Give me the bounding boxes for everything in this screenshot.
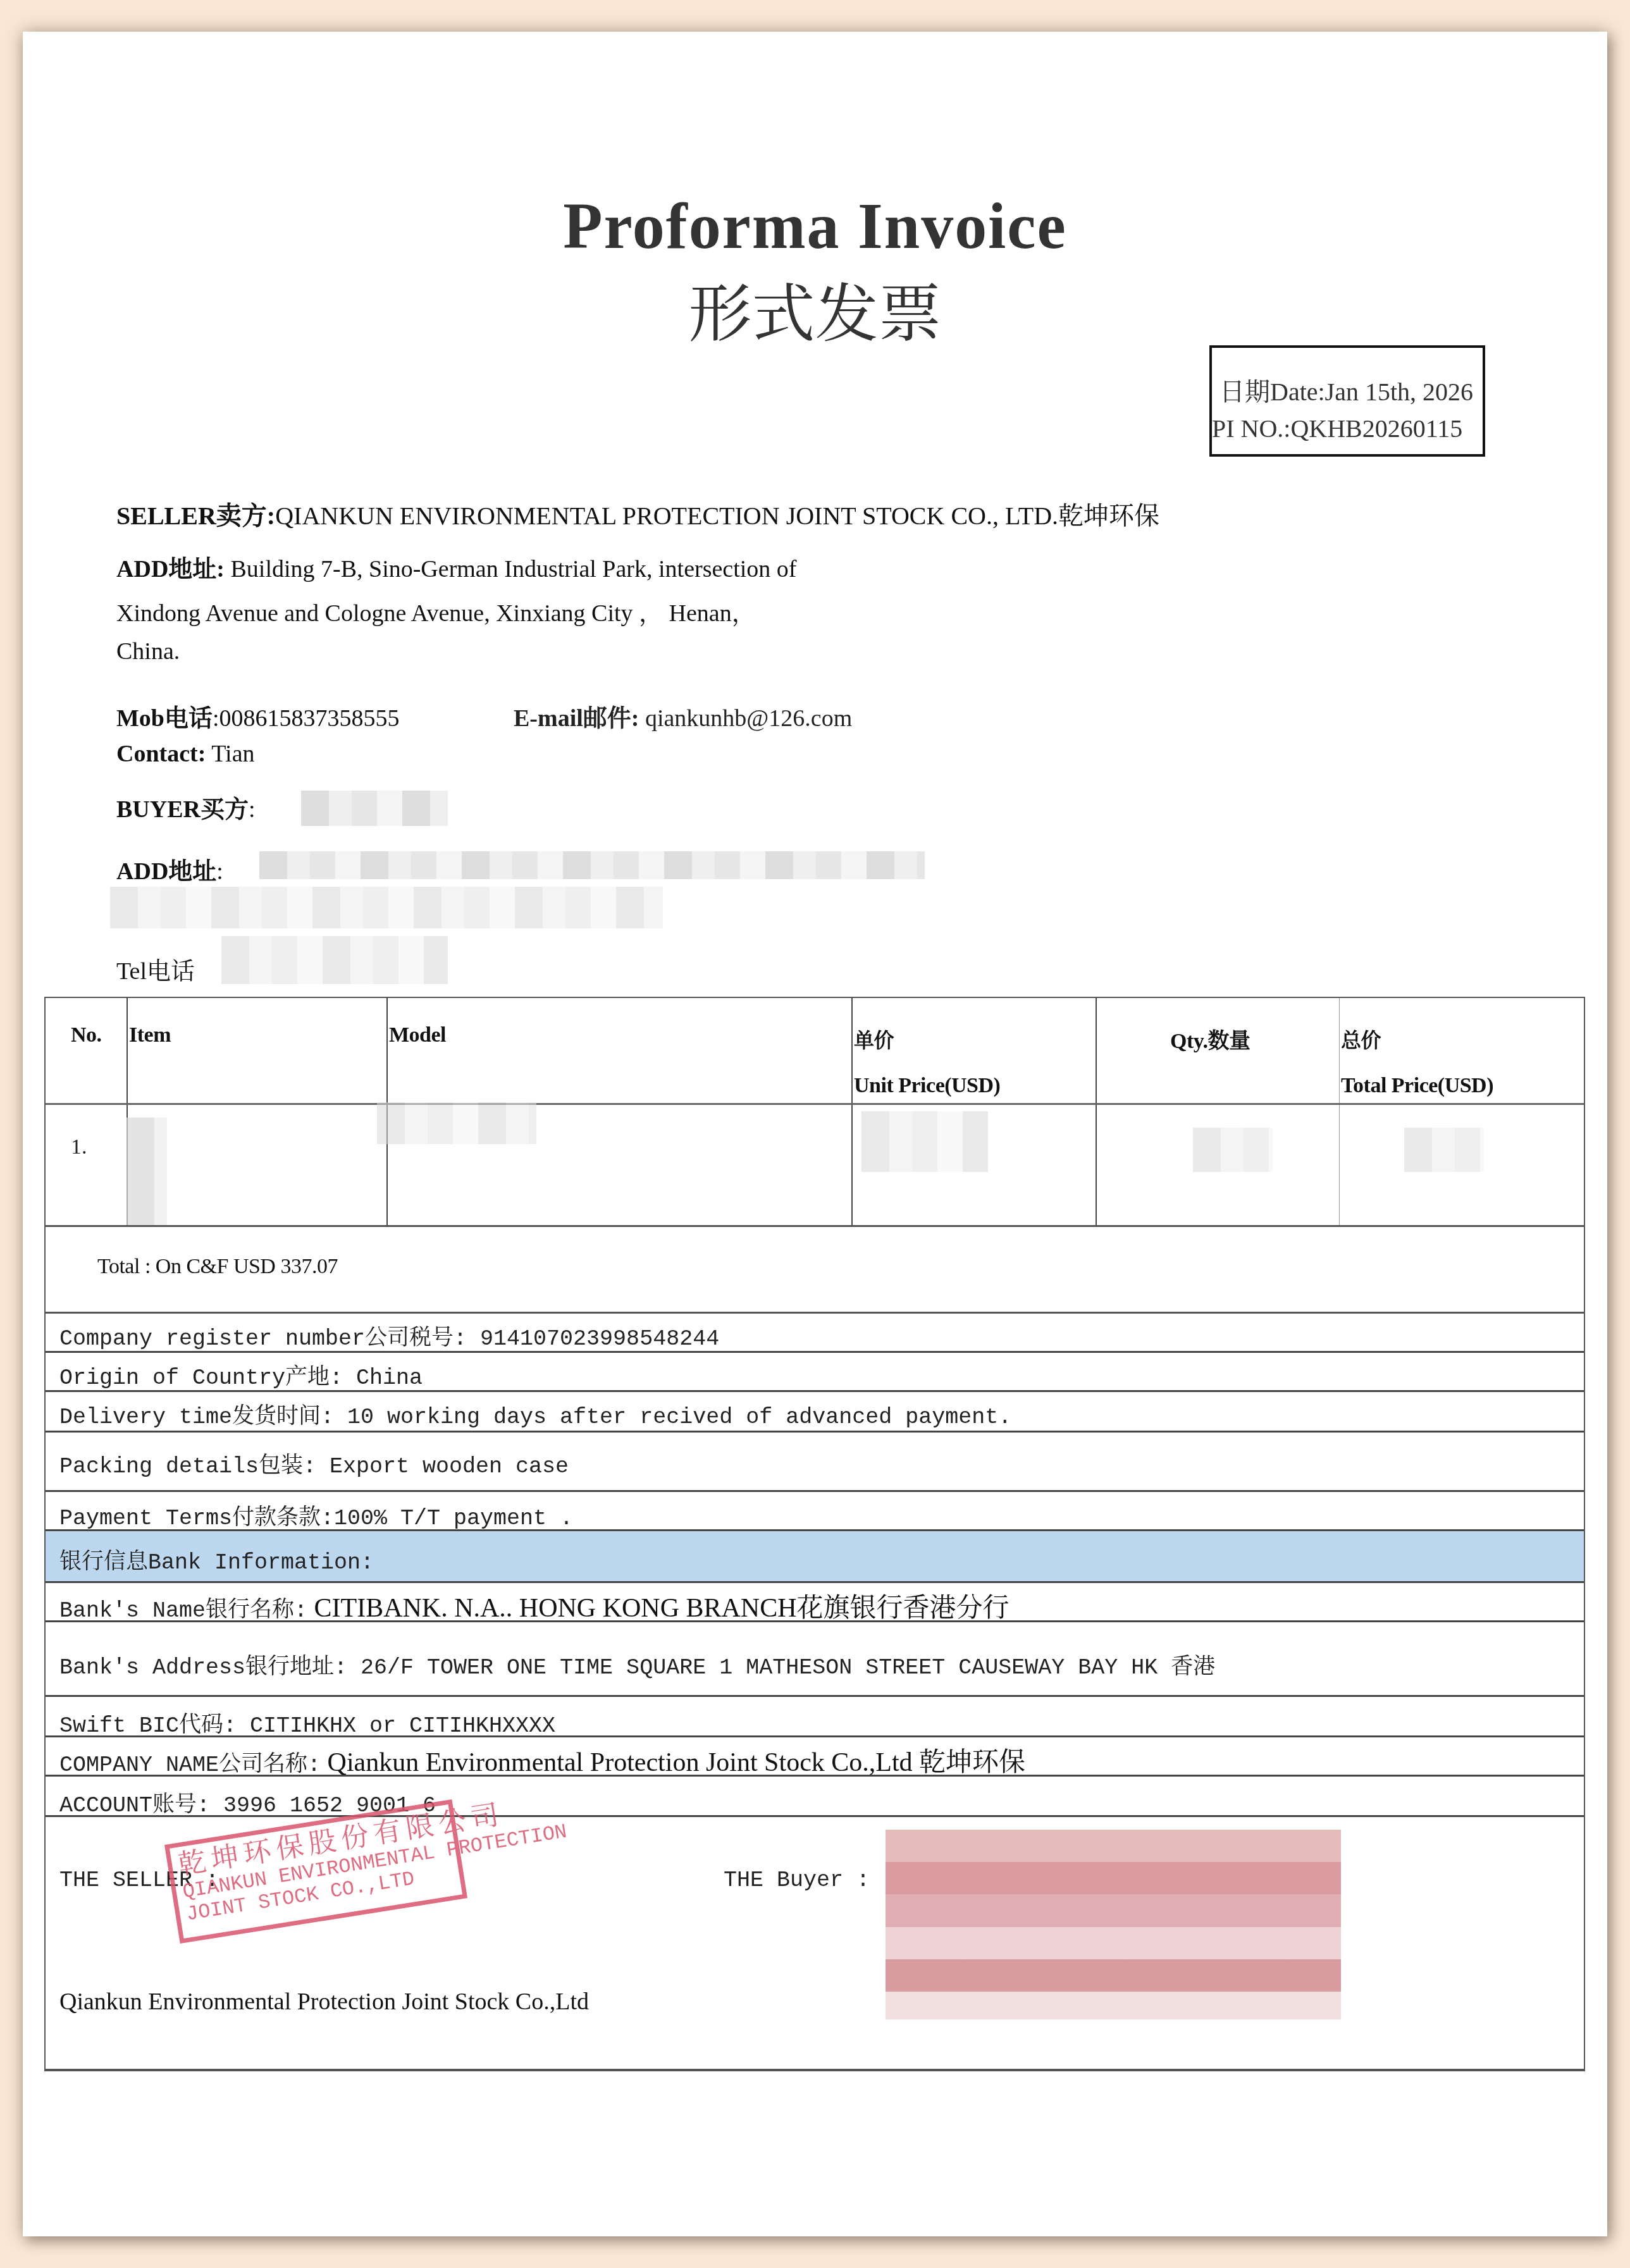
company-name-row: COMPANY NAME公司名称: Qiankun Environmental … (46, 1737, 1584, 1777)
seller-address-line1: ADD地址: Building 7-B, Sino-German Industr… (116, 549, 796, 584)
company-name-value: Qiankun Environmental Protection Joint S… (321, 1748, 1025, 1777)
seller-line: SELLER卖方:QIANKUN ENVIRONMENTAL PROTECTIO… (116, 496, 1159, 532)
buyer-colon: : (249, 796, 256, 823)
buyer-label: BUYER买方 (116, 796, 249, 823)
seller-email: E-mail邮件: qiankunhb@126.com (514, 698, 852, 733)
bank-address: Bank's Address银行地址: 26/F TOWER ONE TIME … (59, 1649, 1215, 1680)
terms-packing-row: Packing details包装: Export wooden case (46, 1433, 1584, 1492)
seller-address-label: ADD地址: (116, 556, 225, 582)
buyer-tel-line: Tel电话 (116, 951, 195, 986)
row-no: 1. (71, 1135, 87, 1159)
total-price-redacted (1404, 1128, 1484, 1172)
payment-terms: Payment Terms付款条款:100% T/T payment . (59, 1500, 573, 1531)
buyer-seal-redacted-bottom (886, 1992, 1341, 2019)
contact-label: Contact: (116, 741, 206, 767)
terms-register-row: Company register number公司税号: 91410702399… (46, 1314, 1584, 1353)
header-item: Item (129, 1023, 171, 1047)
swift-code: Swift BIC代码: CITIHKHX or CITIHKHXXXX (59, 1707, 555, 1739)
title-english: Proforma Invoice (39, 188, 1591, 264)
seller-address-line2: Xindong Avenue and Cologne Avenue, Xinxi… (116, 593, 756, 628)
pi-number: PI NO.:QKHB20260115 (1212, 414, 1462, 443)
bank-info-header-row: 银行信息Bank Information: (46, 1531, 1584, 1583)
header-unit-price-cn: 单价 (854, 1025, 894, 1054)
invoice-page: Proforma Invoice 形式发票 日期Date:Jan 15th, 2… (23, 32, 1607, 2236)
company-register-number: Company register number公司税号: 91410702399… (59, 1320, 719, 1352)
terms-payment-row: Payment Terms付款条款:100% T/T payment . (46, 1492, 1584, 1531)
table-row: 1. (46, 1105, 1584, 1227)
bank-address-row: Bank's Address银行地址: 26/F TOWER ONE TIME … (46, 1622, 1584, 1697)
contact-value: Tian (206, 741, 254, 767)
bank-name-value: CITIBANK. N.A.. HONG KONG BRANCH花旗银行香港分行 (307, 1594, 1009, 1623)
mobile-value: :008615837358555 (213, 705, 400, 732)
bank-name-label: Bank's Name银行名称: (59, 1598, 307, 1624)
header-no: No. (71, 1023, 102, 1047)
total-row: Total : On C&F USD 337.07 (46, 1227, 1584, 1314)
model-redacted (377, 1102, 536, 1144)
seller-address-line3: China. (116, 638, 180, 665)
seller-name: QIANKUN ENVIRONMENTAL PROTECTION JOINT S… (275, 502, 1159, 530)
account-row: ACCOUNT账号: 3996 1652 9001 6 (46, 1777, 1584, 1817)
company-name: COMPANY NAME公司名称: Qiankun Environmental … (59, 1741, 1025, 1779)
company-name-label: COMPANY NAME公司名称: (59, 1753, 321, 1778)
seller-address-text: Building 7-B, Sino-German Industrial Par… (225, 556, 796, 582)
buyer-address-label: ADD地址 (116, 858, 216, 885)
header-model: Model (389, 1023, 446, 1047)
header-total-cn: 总价 (1341, 1025, 1381, 1054)
origin-country: Origin of Country产地: China (59, 1359, 423, 1391)
unit-price-redacted (861, 1111, 988, 1172)
packing-details: Packing details包装: Export wooden case (59, 1448, 569, 1479)
qty-redacted (1193, 1128, 1273, 1172)
buyer-line: BUYER买方: (116, 789, 256, 824)
item-redacted (127, 1118, 167, 1225)
delivery-time: Delivery time发货时间: 10 working days after… (59, 1398, 1011, 1430)
swift-row: Swift BIC代码: CITIHKHX or CITIHKHXXXX (46, 1697, 1584, 1737)
table-header-row: No. Item Model 单价 Unit Price(USD) Qty.数量… (46, 998, 1584, 1105)
seller-mobile: Mob电话:008615837358555 (116, 698, 400, 733)
terms-delivery-row: Delivery time发货时间: 10 working days after… (46, 1392, 1584, 1433)
total-amount: Total : On C&F USD 337.07 (97, 1255, 338, 1279)
seller-contact: Contact: Tian (116, 740, 255, 768)
email-value: qiankunhb@126.com (639, 705, 852, 732)
header-qty: Qty.数量 (1170, 1023, 1250, 1054)
buyer-address-redacted-2 (110, 887, 663, 928)
invoice-date: 日期Date:Jan 15th, 2026 (1219, 372, 1473, 408)
buyer-name-redacted (301, 791, 448, 826)
items-table: No. Item Model 单价 Unit Price(USD) Qty.数量… (44, 997, 1585, 2071)
buyer-tel-redacted (221, 936, 448, 984)
bank-info-header: 银行信息Bank Information: (59, 1544, 374, 1575)
company-seal-stamp: 乾坤环保股份有限公司 QIANKUN ENVIRONMENTAL PROTECT… (164, 1799, 467, 1944)
buyer-seal-redacted (886, 1830, 1341, 1992)
email-label: E-mail邮件: (514, 705, 639, 732)
buyer-address-redacted-1 (259, 851, 925, 879)
signature-row: THE SELLER : 乾坤环保股份有限公司 QIANKUN ENVIRONM… (46, 1817, 1584, 2070)
date-pi-box: 日期Date:Jan 15th, 2026 PI NO.:QKHB2026011… (1209, 345, 1485, 457)
header-unit-price-en: Unit Price(USD) (854, 1074, 1000, 1098)
mobile-label: Mob电话 (116, 705, 213, 732)
seller-company-signature: Qiankun Environmental Protection Joint S… (59, 1988, 589, 2016)
buyer-address-line: ADD地址: (116, 851, 223, 886)
buyer-tel-label: Tel电话 (116, 958, 195, 985)
bank-name: Bank's Name银行名称: CITIBANK. N.A.. HONG KO… (59, 1587, 1009, 1625)
seller-label: SELLER卖方: (116, 502, 275, 530)
terms-origin-row: Origin of Country产地: China (46, 1353, 1584, 1392)
title-chinese: 形式发票 (23, 263, 1607, 354)
bank-name-row: Bank's Name银行名称: CITIBANK. N.A.. HONG KO… (46, 1583, 1584, 1622)
header-total-en: Total Price(USD) (1341, 1074, 1493, 1098)
buyer-signature-label: THE Buyer : (724, 1868, 870, 1893)
